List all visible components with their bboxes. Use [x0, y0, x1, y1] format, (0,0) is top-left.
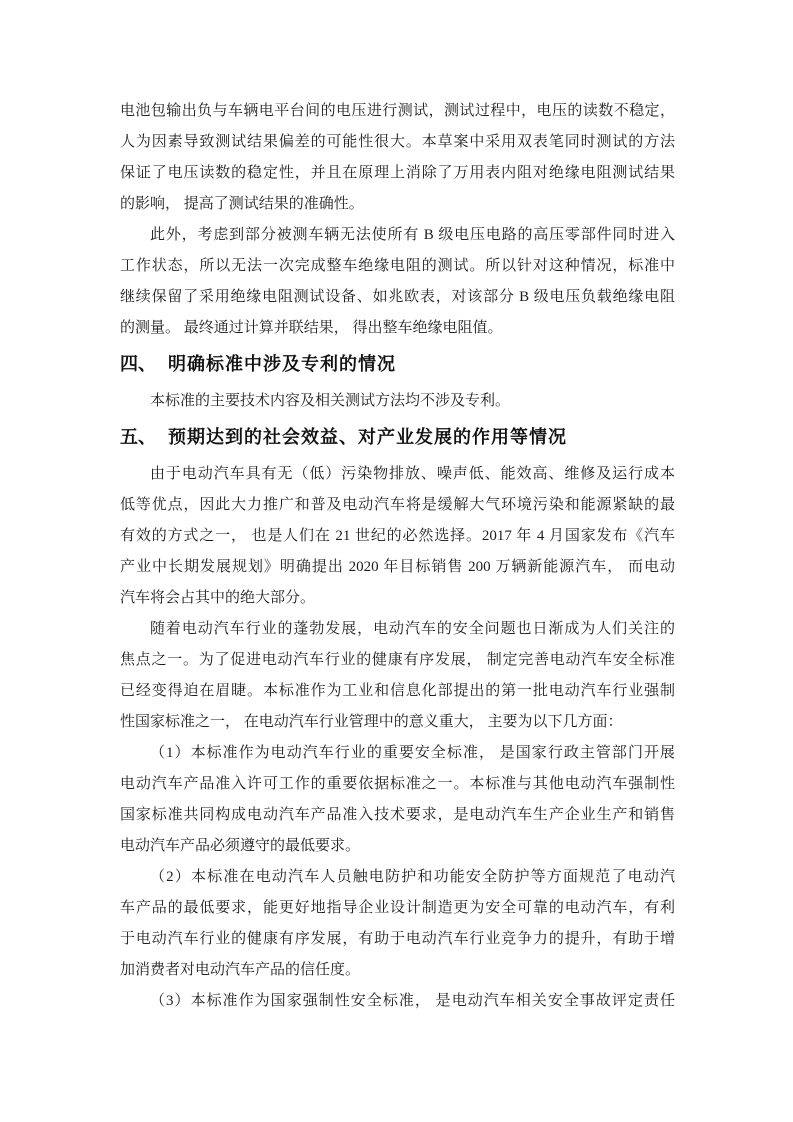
paragraph-point-2-safety-protection: （2）本标准在电动汽车人员触电防护和功能安全防护等方面规范了电动汽 车产品的最低… [120, 862, 675, 986]
heading-number: 四、 [120, 354, 156, 374]
paragraph-point-1-admission-standard: （1）本标准作为电动汽车行业的重要安全标准， 是国家行政主管部门开展 电动汽车产… [120, 738, 675, 862]
text-line: 有效的方式之一， 也是人们在 21 世纪的必然选择。2017 年 4 月国家发布… [120, 521, 675, 552]
text-line: 由于电动汽车具有无（低）污染物排放、噪声低、能效高、维修及运行成本 [120, 459, 675, 490]
text-line: （1）本标准作为电动汽车行业的重要安全标准， 是国家行政主管部门开展 [120, 738, 675, 769]
text-line: 本标准的主要技术内容及相关测试方法均不涉及专利。 [120, 386, 675, 417]
heading-section-5-social-benefits: 五、预期达到的社会效益、对产业发展的作用等情况 [120, 423, 675, 451]
text-line: （3）本标准作为国家强制性安全标准， 是电动汽车相关安全事故评定责任 [120, 986, 675, 1017]
text-line: 低等优点，因此大力推广和普及电动汽车将是缓解大气环境污染和能源紧缺的最 [120, 490, 675, 521]
text-line: 于电动汽车行业的健康有序发展，有助于电动汽车行业竞争力的提升，有助于增 [120, 924, 675, 955]
text-line: 工作状态，所以无法一次完成整车绝缘电阻的测试。所以针对这种情况，标准中 [120, 251, 675, 282]
text-line: 已经变得迫在眉睫。本标准作为工业和信息化部提出的第一批电动汽车行业强制 [120, 676, 675, 707]
heading-title: 预期达到的社会效益、对产业发展的作用等情况 [168, 427, 567, 447]
paragraph-insulation-resistance-measurement: 此外，考虑到部分被测车辆无法使所有 B 级电压电路的高压零部件同时进入 工作状态… [120, 220, 675, 344]
paragraph-ev-advantages: 由于电动汽车具有无（低）污染物排放、噪声低、能效高、维修及运行成本 低等优点，因… [120, 459, 675, 614]
heading-number: 五、 [120, 427, 156, 447]
text-line: 产业中长期发展规划》明确提出 2020 年目标销售 200 万辆新能源汽车， 而… [120, 552, 675, 583]
text-line: 电动汽车产品必须遵守的最低要求。 [120, 831, 675, 862]
text-line: 性国家标准之一， 在电动汽车行业管理中的意义重大， 主要为以下几方面： [120, 707, 675, 738]
paragraph-ev-industry-development: 随着电动汽车行业的蓬勃发展，电动汽车的安全问题也日渐成为人们关注的 焦点之一。为… [120, 614, 675, 738]
text-line: 电动汽车产品准入许可工作的重要依据标准之一。本标准与其他电动汽车强制性 [120, 769, 675, 800]
text-line: 继续保留了采用绝缘电阻测试设备、如兆欧表，对该部分 B 级电压负载绝缘电阻 [120, 282, 675, 313]
text-line: 电池包输出负与车辆电平台间的电压进行测试，测试过程中，电压的读数不稳定， [120, 96, 675, 127]
text-line: 车产品的最低要求，能更好地指导企业设计制造更为安全可靠的电动汽车，有利 [120, 893, 675, 924]
text-line: 的测量。 最终通过计算并联结果， 得出整车绝缘电阻值。 [120, 313, 675, 344]
text-line: 国家标准共同构成电动汽车产品准入技术要求，是电动汽车生产企业生产和销售 [120, 800, 675, 831]
text-line: 随着电动汽车行业的蓬勃发展，电动汽车的安全问题也日渐成为人们关注的 [120, 614, 675, 645]
text-line: 人为因素导致测试结果偏差的可能性很大。本草案中采用双表笔同时测试的方法 [120, 127, 675, 158]
paragraph-point-3-accident-liability: （3）本标准作为国家强制性安全标准， 是电动汽车相关安全事故评定责任 [120, 986, 675, 1017]
text-line: 加消费者对电动汽车产品的信任度。 [120, 955, 675, 986]
heading-section-4-patents: 四、明确标准中涉及专利的情况 [120, 350, 675, 378]
text-line: 汽车将会占其中的绝大部分。 [120, 583, 675, 614]
paragraph-voltage-test-continuation: 电池包输出负与车辆电平台间的电压进行测试，测试过程中，电压的读数不稳定， 人为因… [120, 96, 675, 220]
paragraph-patent-statement: 本标准的主要技术内容及相关测试方法均不涉及专利。 [120, 386, 675, 417]
text-line: 保证了电压读数的稳定性，并且在原理上消除了万用表内阻对绝缘电阻测试结果 [120, 158, 675, 189]
text-line: 的影响， 提高了测试结果的准确性。 [120, 189, 675, 220]
document-page: 电池包输出负与车辆电平台间的电压进行测试，测试过程中，电压的读数不稳定， 人为因… [0, 0, 793, 1122]
text-line: 此外，考虑到部分被测车辆无法使所有 B 级电压电路的高压零部件同时进入 [120, 220, 675, 251]
heading-title: 明确标准中涉及专利的情况 [168, 354, 396, 374]
text-line: 焦点之一。为了促进电动汽车行业的健康有序发展， 制定完善电动汽车安全标准 [120, 645, 675, 676]
text-line: （2）本标准在电动汽车人员触电防护和功能安全防护等方面规范了电动汽 [120, 862, 675, 893]
